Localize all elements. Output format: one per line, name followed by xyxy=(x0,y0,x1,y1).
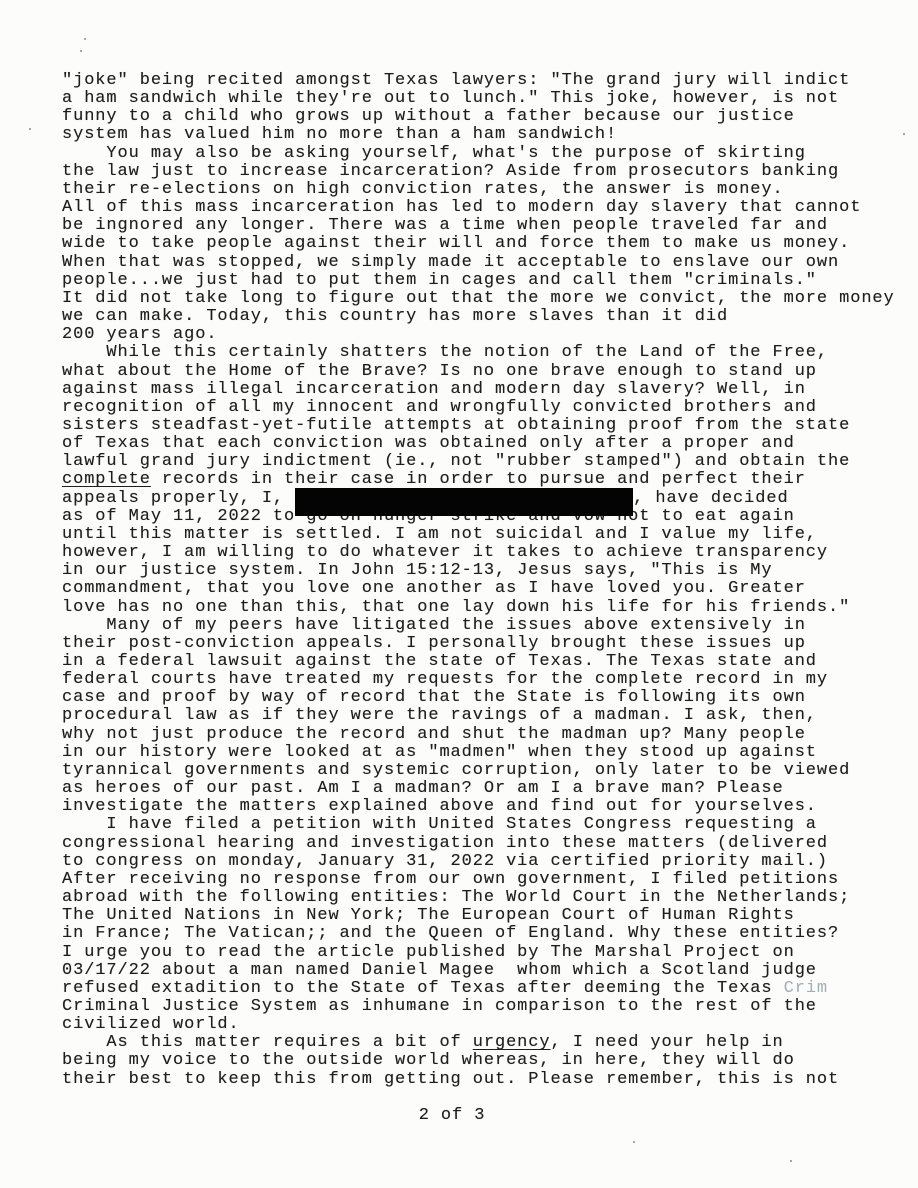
text-line: commandment, that you love one another a… xyxy=(62,580,918,598)
paper-speck xyxy=(412,1006,414,1008)
text-line: wide to take people against their will a… xyxy=(62,235,918,253)
text-line: procedural law as if they were the ravin… xyxy=(62,707,918,725)
text-segment: refused extadition to the State of Texas… xyxy=(62,979,784,998)
text-line: in our justice system. In John 15:12-13,… xyxy=(62,562,918,580)
text-line: Criminal Justice System as inhumane in c… xyxy=(62,998,918,1016)
text-segment: As this matter requires a bit of xyxy=(62,1033,473,1052)
text-line: recognition of all my innocent and wrong… xyxy=(62,399,918,417)
paper-speck xyxy=(80,50,82,52)
text-line: congressional hearing and investigation … xyxy=(62,835,918,853)
text-line: 200 years ago. xyxy=(62,326,918,344)
text-line: love has no one than this, that one lay … xyxy=(62,599,918,617)
redaction-bar xyxy=(295,488,633,516)
text-line: in France; The Vatican;; and the Queen o… xyxy=(62,925,918,943)
text-line: however, I am willing to do whatever it … xyxy=(62,544,918,562)
underlined-text: urgency xyxy=(473,1033,551,1052)
text-line: people...we just had to put them in cage… xyxy=(62,272,918,290)
text-line: When that was stopped, we simply made it… xyxy=(62,254,918,272)
faded-text: Crim xyxy=(784,979,828,998)
text-line: "joke" being recited amongst Texas lawye… xyxy=(62,72,918,90)
text-line: 03/17/22 about a man named Daniel Magee … xyxy=(62,962,918,980)
paper-speck xyxy=(790,1160,792,1162)
text-line: funny to a child who grows up without a … xyxy=(62,108,918,126)
text-line: tyrannical governments and systemic corr… xyxy=(62,762,918,780)
text-line: All of this mass incarceration has led t… xyxy=(62,199,918,217)
text-line: case and proof by way of record that the… xyxy=(62,689,918,707)
text-line: Many of my peers have litigated the issu… xyxy=(62,617,918,635)
text-line: The United Nations in New York; The Euro… xyxy=(62,907,918,925)
paper-speck xyxy=(29,128,31,130)
text-line: system has valued him no more than a ham… xyxy=(62,126,918,144)
text-line: being my voice to the outside world wher… xyxy=(62,1052,918,1070)
text-line: of Texas that each conviction was obtain… xyxy=(62,435,918,453)
text-segment: , have decided xyxy=(633,489,788,508)
text-line: why not just produce the record and shut… xyxy=(62,726,918,744)
text-line: sisters steadfast-yet-futile attempts at… xyxy=(62,417,918,435)
page-number: 2 of 3 xyxy=(0,1106,904,1125)
text-line: against mass illegal incarceration and m… xyxy=(62,381,918,399)
text-line: I have filed a petition with United Stat… xyxy=(62,816,918,834)
text-line: as heroes of our past. Am I a madman? Or… xyxy=(62,780,918,798)
letter-page: "joke" being recited amongst Texas lawye… xyxy=(0,0,918,1188)
text-line: their re-elections on high conviction ra… xyxy=(62,181,918,199)
text-line: refused extadition to the State of Texas… xyxy=(62,980,918,998)
text-line: in our history were looked at as "madmen… xyxy=(62,744,918,762)
text-line: be ingnored any longer. There was a time… xyxy=(62,217,918,235)
text-line: abroad with the following entities: The … xyxy=(62,889,918,907)
text-line: we can make. Today, this country has mor… xyxy=(62,308,918,326)
text-line: their best to keep this from getting out… xyxy=(62,1071,918,1089)
text-line: a ham sandwich while they're out to lunc… xyxy=(62,90,918,108)
underlined-text: complete xyxy=(62,470,151,489)
text-segment: , I need your help in xyxy=(550,1033,783,1052)
text-line: appeals properly, I, , have decided xyxy=(62,490,918,508)
text-line: in a federal lawsuit against the state o… xyxy=(62,653,918,671)
text-line: until this matter is settled. I am not s… xyxy=(62,526,918,544)
text-line: I urge you to read the article published… xyxy=(62,944,918,962)
text-line: While this certainly shatters the notion… xyxy=(62,344,918,362)
paper-speck xyxy=(84,38,86,40)
paper-speck xyxy=(633,1141,635,1143)
text-line: lawful grand jury indictment (ie., not "… xyxy=(62,453,918,471)
text-line: As this matter requires a bit of urgency… xyxy=(62,1034,918,1052)
text-line: It did not take long to figure out that … xyxy=(62,290,918,308)
text-segment: records in their case in order to pursue… xyxy=(151,470,806,489)
text-line: You may also be asking yourself, what's … xyxy=(62,145,918,163)
text-line: federal courts have treated my requests … xyxy=(62,671,918,689)
text-line: the law just to increase incarceration? … xyxy=(62,163,918,181)
text-line: to congress on monday, January 31, 2022 … xyxy=(62,853,918,871)
paper-speck xyxy=(903,133,905,135)
text-segment: appeals properly, I, xyxy=(62,489,295,508)
text-line: civilized world. xyxy=(62,1016,918,1034)
text-line: investigate the matters explained above … xyxy=(62,798,918,816)
text-line: their post-conviction appeals. I persona… xyxy=(62,635,918,653)
letter-body: "joke" being recited amongst Texas lawye… xyxy=(62,72,918,1089)
text-line: After receiving no response from our own… xyxy=(62,871,918,889)
text-line: what about the Home of the Brave? Is no … xyxy=(62,363,918,381)
